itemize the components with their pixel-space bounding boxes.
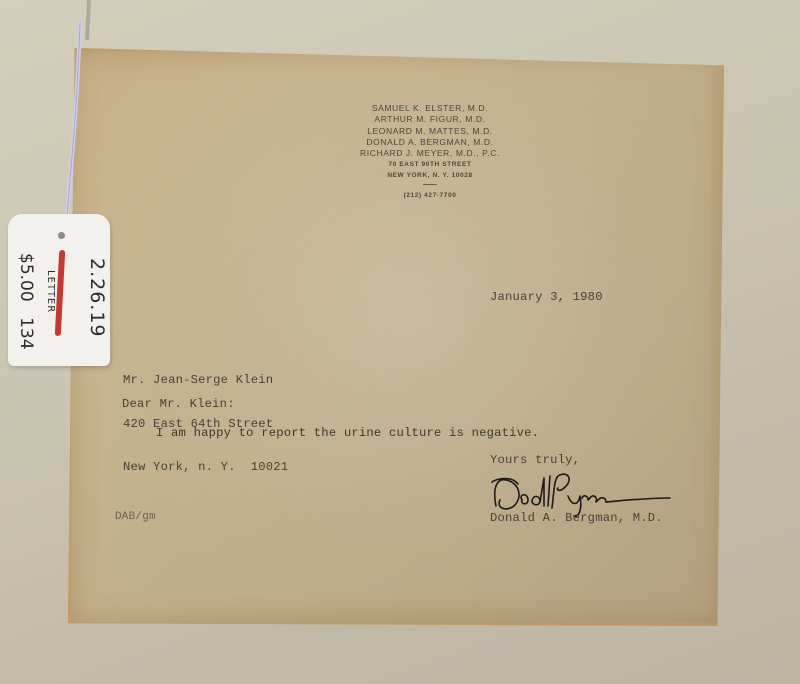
tag-category: LETTER bbox=[45, 270, 56, 313]
tag-price-value: $5.00 bbox=[16, 253, 36, 302]
tag-price: $5.00 134 bbox=[16, 253, 36, 350]
recipient-city: New York, n. Y. 10021 bbox=[123, 460, 288, 475]
salutation: Dear Mr. Klein: bbox=[122, 397, 235, 411]
recipient-name: Mr. Jean-Serge Klein bbox=[123, 373, 288, 388]
letterhead-phone: (212) 427-7700 bbox=[330, 190, 530, 201]
letterhead-street: 70 East 90th Street bbox=[330, 159, 530, 170]
recipient-address: Mr. Jean-Serge Klein 420 East 64th Stree… bbox=[123, 344, 288, 489]
letterhead-physician: Samuel K. Elster, M.D. bbox=[330, 103, 530, 114]
typist-initials: DAB/gm bbox=[115, 511, 156, 523]
letterhead-physician: Donald A. Bergman, M.D. bbox=[330, 137, 530, 148]
signer-name: Donald A. Bergman, M.D. bbox=[490, 511, 663, 525]
letterhead-physician: Richard J. Meyer, M.D., P.C. bbox=[330, 148, 530, 159]
letter-date: January 3, 1980 bbox=[490, 290, 603, 304]
letterhead: Samuel K. Elster, M.D. Arthur M. Figur, … bbox=[330, 103, 530, 201]
tag-date: 2.26.19 bbox=[86, 258, 108, 338]
letterhead-divider bbox=[423, 184, 437, 185]
closing: Yours truly, bbox=[490, 453, 580, 467]
letterhead-physician: Leonard M. Mattes, M.D. bbox=[330, 126, 530, 137]
letter-body: I am happy to report the urine culture i… bbox=[156, 426, 539, 440]
tag-hole bbox=[58, 232, 65, 239]
letterhead-city: New York, N. Y. 10028 bbox=[330, 170, 530, 181]
tag-code: 134 bbox=[16, 317, 36, 349]
letterhead-physician: Arthur M. Figur, M.D. bbox=[330, 114, 530, 125]
